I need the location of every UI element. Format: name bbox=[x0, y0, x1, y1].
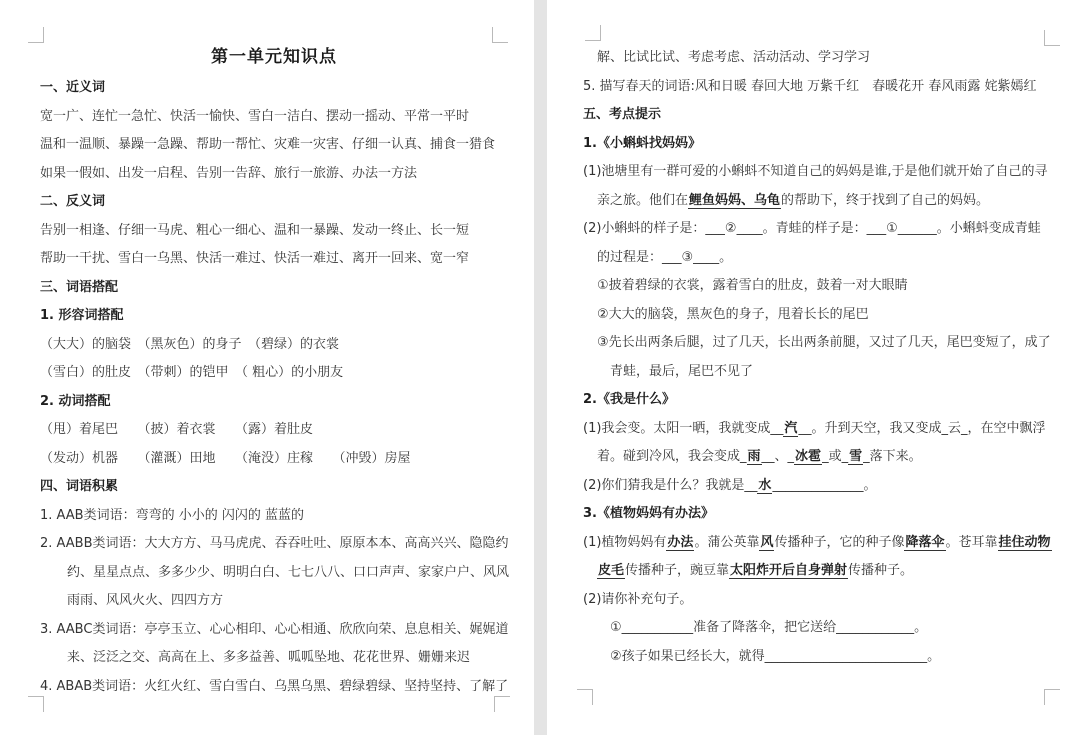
text-boundary-mark bbox=[28, 27, 44, 43]
blank-answer: 太阳炸开后自身弹射 bbox=[729, 563, 848, 579]
text-segment: (2)你们猜我是什么？我就是__ bbox=[583, 478, 757, 493]
blank-answer: 冰雹 bbox=[794, 449, 822, 465]
text-boundary-mark bbox=[577, 689, 593, 705]
blank-answer: 风 bbox=[759, 535, 774, 551]
doc-line: (1)我会变。太阳一晒，我就变成__汽__。升到天空，我又变成_云_，在空中飘浮 bbox=[583, 415, 1060, 444]
text-segment: (1)我会变。太阳一晒，我就变成__ bbox=[583, 421, 783, 436]
text-segment: (1)植物妈妈有 bbox=[583, 535, 666, 550]
text-boundary-mark bbox=[28, 696, 44, 712]
doc-line: 宽一广、连忙一急忙、快活一愉快、雪白一洁白、摆动一摇动、平常一平时 bbox=[40, 103, 508, 132]
doc-line: ②大大的脑袋，黑灰色的身子，甩着长长的尾巴 bbox=[583, 301, 1060, 330]
text-segment: 的帮助下，终于找到了自己的妈妈。 bbox=[781, 193, 989, 208]
text-segment: __。升到天空，我又变成_云_，在空中飘浮 bbox=[798, 421, 1045, 436]
section-heading: 二、反义词 bbox=[40, 188, 508, 217]
text-boundary-mark bbox=[1044, 30, 1060, 46]
doc-line: 的过程是：___③____。 bbox=[583, 244, 1060, 273]
doc-line: 4. ABAB类词语：火红火红、雪白雪白、乌黑乌黑、碧绿碧绿、坚持坚持、了解了 bbox=[40, 673, 508, 702]
blank-answer: 汽 bbox=[783, 421, 798, 437]
blank-answer: 鲤鱼妈妈、乌龟 bbox=[688, 193, 781, 209]
doc-line: 皮毛传播种子，豌豆靠太阳炸开后自身弹射传播种子。 bbox=[583, 557, 1060, 586]
doc-line: 来、泛泛之交、高高在上、多多益善、呱呱坠地、花花世界、姗姗来迟 bbox=[40, 644, 508, 673]
doc-line: 1. AAB类词语：弯弯的 小小的 闪闪的 蓝蓝的 bbox=[40, 502, 508, 531]
text-segment: __、_ bbox=[762, 449, 795, 464]
blank-answer: 雪 bbox=[848, 449, 863, 465]
section-heading: 四、词语积累 bbox=[40, 473, 508, 502]
doc-line: 解、比试比试、考虑考虑、活动活动、学习学习 bbox=[583, 44, 1060, 73]
text-boundary-mark bbox=[494, 696, 510, 712]
doc-line: 3. AABC类词语：亭亭玉立、心心相印、心心相通、欣欣向荣、息息相关、娓娓道 bbox=[40, 616, 508, 645]
doc-line: ①披着碧绿的衣裳，露着雪白的肚皮，鼓着一对大眼睛 bbox=[583, 272, 1060, 301]
doc-line: 青蛙，最后，尾巴不见了 bbox=[583, 358, 1060, 387]
text-segment: _落下来。 bbox=[863, 449, 922, 464]
section-heading: 三、词语搭配 bbox=[40, 274, 508, 303]
doc-title: 第一单元知识点 bbox=[40, 40, 508, 74]
document-page-1: 第一单元知识点 一、近义词 宽一广、连忙一急忙、快活一愉快、雪白一洁白、摆动一摇… bbox=[0, 0, 534, 743]
lesson-heading: 2.《我是什么》 bbox=[583, 386, 1060, 415]
blank-answer: 雨 bbox=[747, 449, 762, 465]
doc-line: （大大）的脑袋 （黑灰色）的身子 （碧绿）的衣裳 bbox=[40, 331, 508, 360]
lesson-heading: 1.《小蝌蚪找妈妈》 bbox=[583, 130, 1060, 159]
doc-line: 约、星星点点、多多少少、明明白白、七七八八、口口声声、家家户户、风风 bbox=[40, 559, 508, 588]
text-segment: 传播种子，豌豆靠 bbox=[625, 563, 729, 578]
lesson-heading: 3.《植物妈妈有办法》 bbox=[583, 500, 1060, 529]
doc-line: 雨雨、风风火火、四四方方 bbox=[40, 587, 508, 616]
doc-line: (2)请你补充句子。 bbox=[583, 586, 1060, 615]
page-gap bbox=[534, 0, 547, 735]
doc-line: （甩）着尾巴 （披）着衣裳 （露）着肚皮 bbox=[40, 416, 508, 445]
text-segment: 传播种子，它的种子像 bbox=[774, 535, 904, 550]
document-page-2: 解、比试比试、考虑考虑、活动活动、学习学习 5. 描写春天的词语:风和日暖 春回… bbox=[547, 0, 1080, 743]
section-heading: 五、考点提示 bbox=[583, 101, 1060, 130]
text-segment: ______________。 bbox=[772, 478, 876, 493]
text-segment: 着。碰到冷风，我会变成_ bbox=[597, 449, 747, 464]
text-segment: 传播种子。 bbox=[848, 563, 913, 578]
text-boundary-mark bbox=[492, 27, 508, 43]
doc-line: (2)小蝌蚪的样子是：___②____。青蛙的样子是：___①______。小蝌… bbox=[583, 215, 1060, 244]
text-segment: 。蒲公英靠 bbox=[694, 535, 759, 550]
doc-line: (2)你们猜我是什么？我就是__水______________。 bbox=[583, 472, 1060, 501]
subsection-heading: 1. 形容词搭配 bbox=[40, 302, 508, 331]
doc-line: ②孩子如果已经长大，就得_________________________。 bbox=[583, 643, 1060, 672]
doc-line: ①___________准备了降落伞，把它送给____________。 bbox=[583, 614, 1060, 643]
doc-line: (1)植物妈妈有办法。蒲公英靠风传播种子，它的种子像降落伞。苍耳靠挂住动物 bbox=[583, 529, 1060, 558]
doc-line: （发动）机器 （灌溉）田地 （淹没）庄稼 （冲毁）房屋 bbox=[40, 445, 508, 474]
subsection-heading: 2. 动词搭配 bbox=[40, 388, 508, 417]
section-heading: 一、近义词 bbox=[40, 74, 508, 103]
blank-answer: 降落伞 bbox=[904, 535, 945, 551]
text-boundary-mark bbox=[585, 25, 601, 41]
doc-line: 5. 描写春天的词语:风和日暖 春回大地 万紫千红 春暖花开 春风雨露 姹紫嫣红 bbox=[583, 73, 1060, 102]
blank-answer: 水 bbox=[757, 478, 772, 494]
text-segment: 亲之旅。他们在 bbox=[597, 193, 688, 208]
doc-line: （雪白）的肚皮 （带刺）的铠甲 （ 粗心）的小朋友 bbox=[40, 359, 508, 388]
text-segment: _或_ bbox=[822, 449, 848, 464]
doc-line: 亲之旅。他们在鲤鱼妈妈、乌龟的帮助下，终于找到了自己的妈妈。 bbox=[583, 187, 1060, 216]
doc-line: 着。碰到冷风，我会变成_雨__、_冰雹_或_雪_落下来。 bbox=[583, 443, 1060, 472]
doc-line: 帮助一干扰、雪白一乌黑、快活一难过、快活一难过、离开一回来、宽一窄 bbox=[40, 245, 508, 274]
doc-line: 温和一温顺、暴躁一急躁、帮助一帮忙、灾难一灾害、仔细一认真、捕食一猎食 bbox=[40, 131, 508, 160]
doc-line: 告别一相逢、仔细一马虎、粗心一细心、温和一暴躁、发动一终止、长一短 bbox=[40, 217, 508, 246]
blank-answer: 挂住动物 bbox=[998, 535, 1052, 551]
text-boundary-mark bbox=[1044, 689, 1060, 705]
text-segment: 。苍耳靠 bbox=[946, 535, 998, 550]
doc-line: (1)池塘里有一群可爱的小蝌蚪不知道自己的妈妈是谁,于是他们就开始了自己的寻 bbox=[583, 158, 1060, 187]
blank-answer: 办法 bbox=[666, 535, 694, 551]
doc-line: 2. AABB类词语：大大方方、马马虎虎、吞吞吐吐、原原本本、高高兴兴、隐隐约 bbox=[40, 530, 508, 559]
doc-line: 如果一假如、出发一启程、告别一告辞、旅行一旅游、办法一方法 bbox=[40, 160, 508, 189]
blank-answer: 皮毛 bbox=[597, 563, 625, 579]
doc-line: ③先长出两条后腿，过了几天，长出两条前腿，又过了几天，尾巴变短了，成了 bbox=[583, 329, 1060, 358]
